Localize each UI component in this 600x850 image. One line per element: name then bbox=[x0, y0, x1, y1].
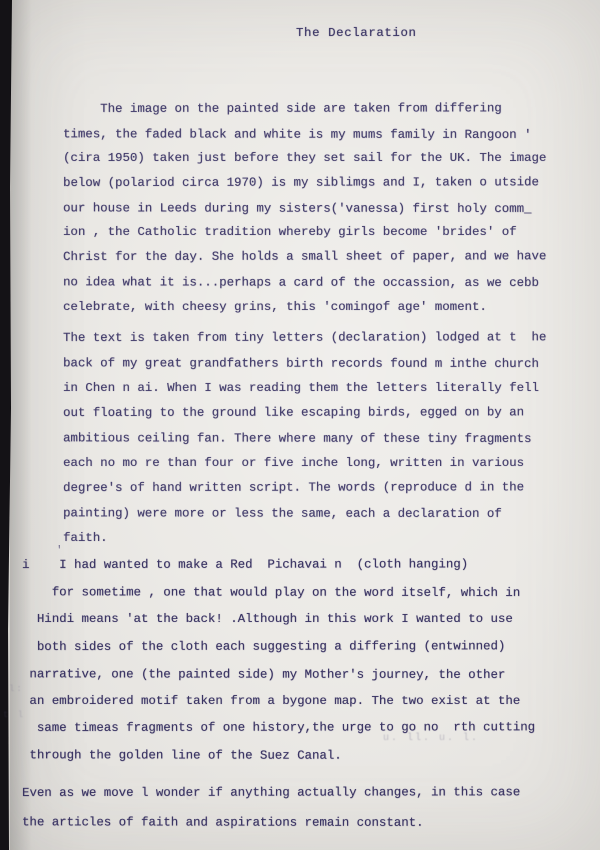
text-line: i I had wanted to make a Red Pichavai n … bbox=[22, 551, 535, 579]
text-line: no idea what it is...perhaps a card of t… bbox=[63, 270, 546, 295]
scanned-document-page: The Declaration The image on the painted… bbox=[0, 0, 600, 850]
document-title: The Declaration bbox=[296, 26, 417, 40]
text-line: Christ for the day. She holds a small sh… bbox=[63, 244, 546, 269]
text-line: ambitious ceiling fan. There where many … bbox=[63, 426, 546, 452]
ghost-typewriter-impression: l: bbox=[9, 684, 24, 694]
text-line: the articles of faith and aspirations re… bbox=[22, 808, 520, 837]
ghost-typewriter-impression: c lu bbox=[162, 792, 199, 802]
ghost-typewriter-impression: u. ll. u. l. bbox=[383, 733, 479, 744]
text-line: for sometime , one that would play on th… bbox=[22, 579, 535, 607]
text-line: each no mo re than four or five inche lo… bbox=[63, 451, 546, 476]
paragraph-1: The image on the painted side are taken … bbox=[63, 97, 546, 319]
text-line: in Chen n ai. When I was reading them th… bbox=[63, 376, 546, 401]
paragraph-4: Even as we move l wonder if anything act… bbox=[22, 779, 520, 836]
text-line: out floating to the ground like escaping… bbox=[63, 400, 546, 426]
text-line: painting) were more or less the same, ea… bbox=[63, 501, 546, 527]
text-line: below (polariod circa 1970) is my siblim… bbox=[63, 170, 546, 195]
text-line: faith. bbox=[63, 526, 546, 551]
paragraph-2: The text is taken from tiny letters (dec… bbox=[63, 326, 546, 551]
text-line: narrative, one (the painted side) my Mot… bbox=[22, 661, 535, 689]
text-line: times, the faded black and white is my m… bbox=[63, 122, 546, 147]
text-line: ion , the Catholic tradition whereby gir… bbox=[63, 220, 546, 245]
stray-ink-mark: ' bbox=[56, 545, 63, 557]
text-line: both sides of the cloth each suggesting … bbox=[22, 633, 535, 661]
text-line: degree's of hand written script. The wor… bbox=[63, 475, 546, 501]
text-line: our house in Leeds during my sisters('va… bbox=[63, 196, 546, 221]
text-line: Hindi means 'at the back! .Although in t… bbox=[22, 606, 535, 633]
ghost-typewriter-impression: t l bbox=[3, 710, 25, 720]
text-line: through the golden line of the Suez Cana… bbox=[22, 743, 535, 771]
text-line: back of my great grandfathers birth reco… bbox=[63, 351, 546, 377]
text-line: an embroidered motif taken from a bygone… bbox=[22, 688, 535, 715]
text-line: celebrate, with cheesy grins, this 'comi… bbox=[63, 295, 546, 320]
text-line: Even as we move l wonder if anything act… bbox=[22, 778, 520, 807]
text-line: (cira 1950) taken just before they set s… bbox=[63, 146, 546, 171]
text-line: The image on the painted side are taken … bbox=[63, 96, 546, 121]
text-line: The text is taken from tiny letters (dec… bbox=[63, 325, 546, 351]
